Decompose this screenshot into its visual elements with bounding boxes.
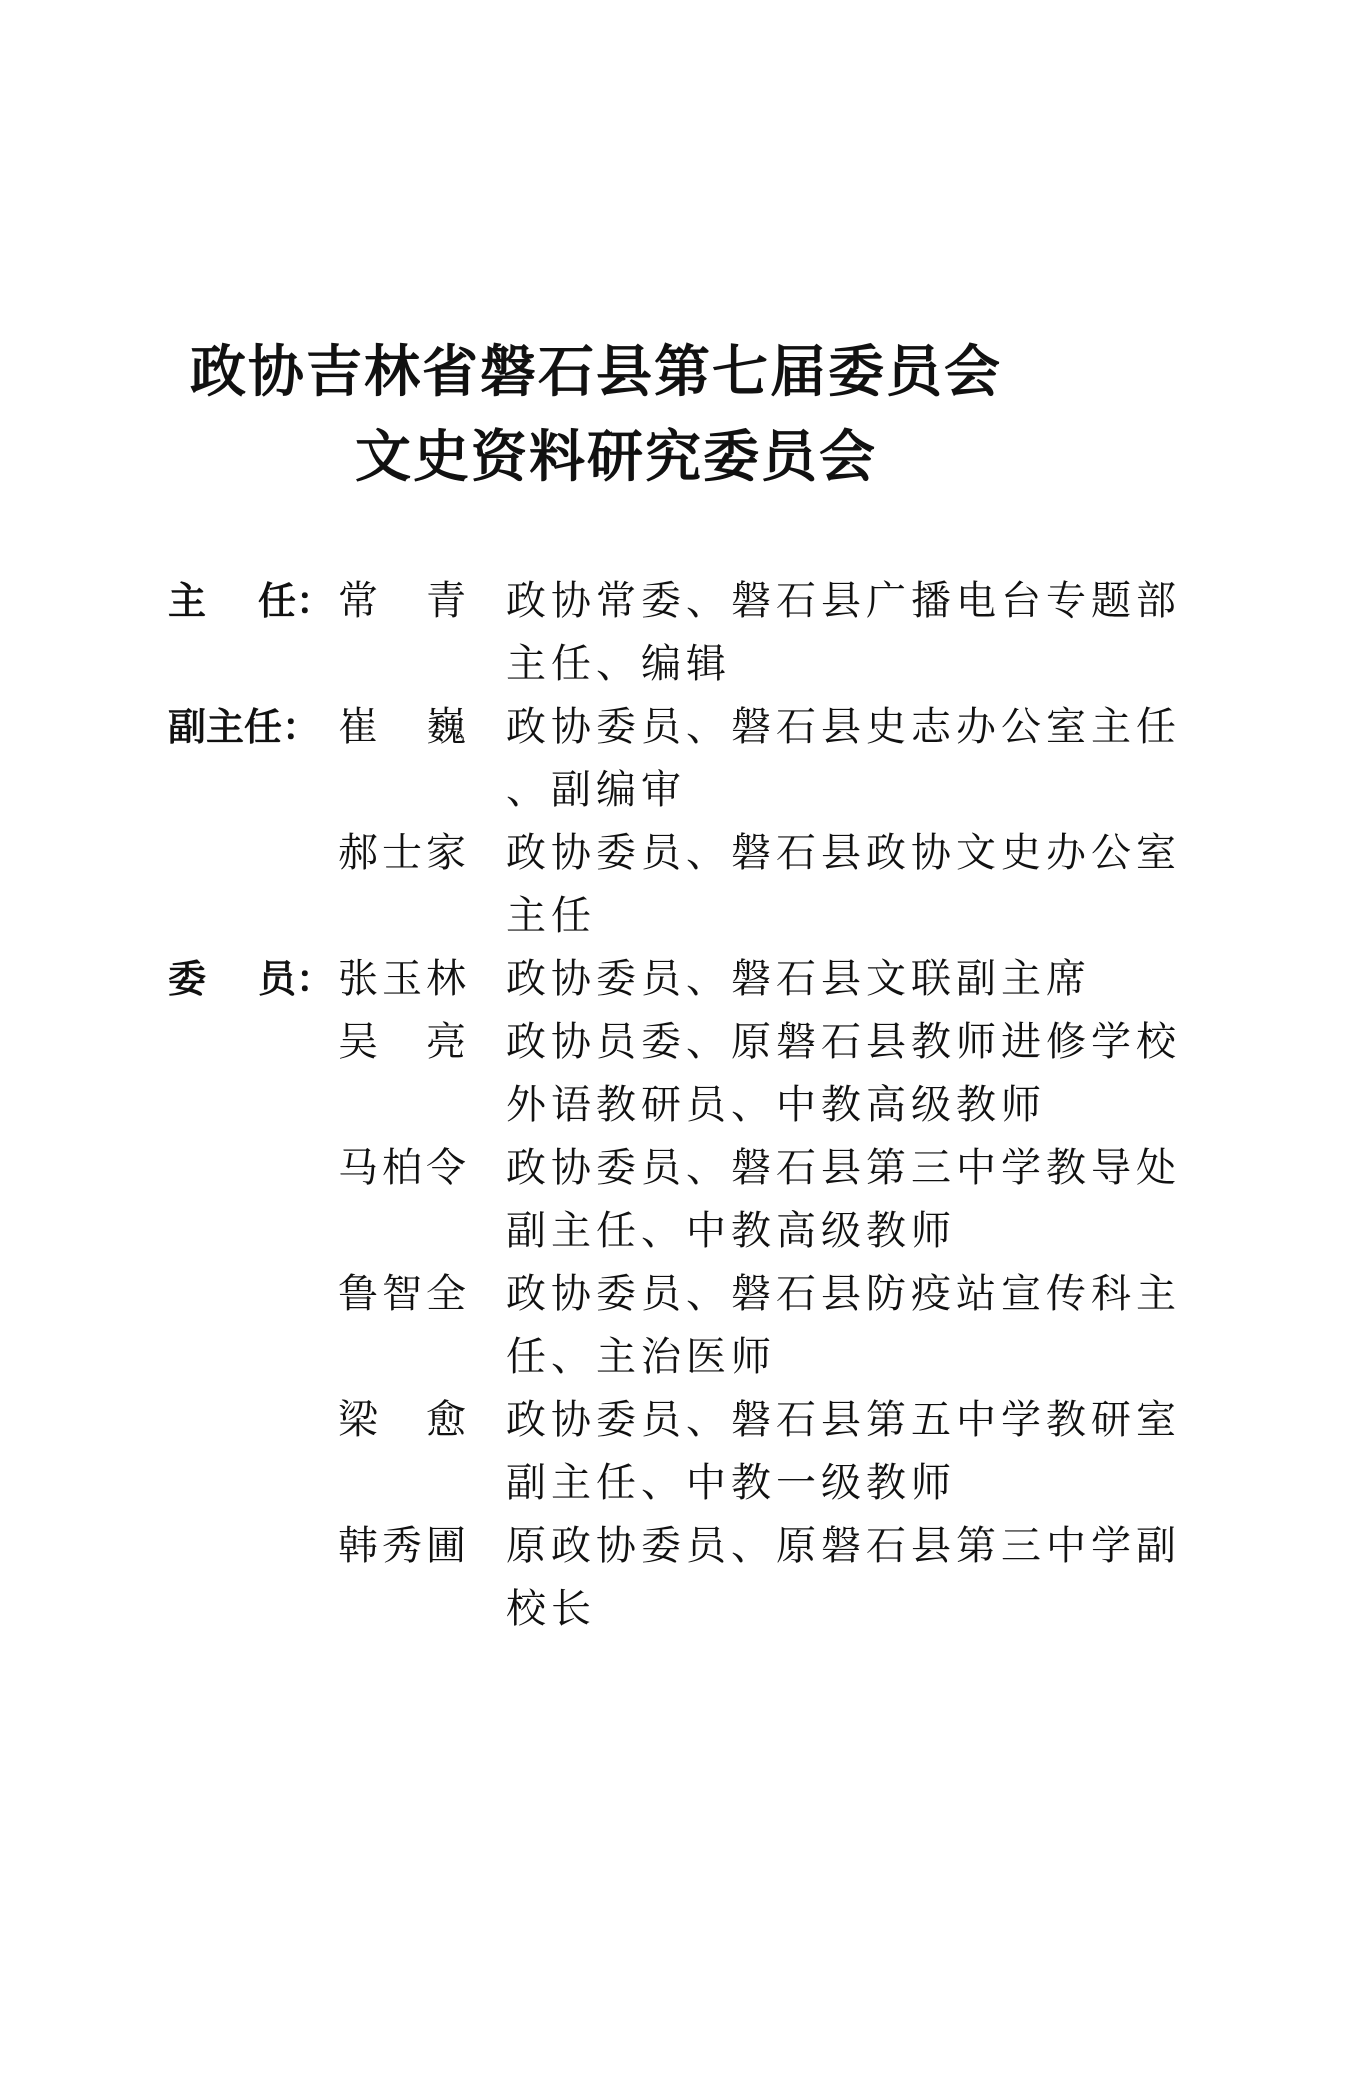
member-name: 鲁 智 全 <box>338 1263 466 1326</box>
name-char: 林 <box>426 948 466 1011</box>
role-char: 员： <box>258 948 334 1011</box>
member-description: 原政协委员、原磐石县第三中学副校长 <box>506 1515 1186 1641</box>
member-name: 崔 巍 <box>338 696 466 759</box>
roster-row: 吴 亮 政协员委、原磐石县教师进修学校外语教研员、中教高级教师 <box>0 1011 1370 1137</box>
member-name: 吴 亮 <box>338 1011 466 1074</box>
member-name: 韩 秀 圃 <box>338 1515 466 1578</box>
roster-row: 主 任： 常 青 政协常委、磐石县广播电台专题部主任、编辑 <box>0 570 1370 696</box>
name-char: 士 <box>382 822 422 885</box>
member-description: 政协委员、磐石县史志办公室主任、副编审 <box>506 696 1186 822</box>
member-name: 梁 愈 <box>338 1389 466 1452</box>
roster-row: 梁 愈 政协委员、磐石县第五中学教研室副主任、中教一级教师 <box>0 1389 1370 1515</box>
member-name: 郝 士 家 <box>338 822 466 885</box>
name-char: 圃 <box>426 1515 466 1578</box>
name-char: 郝 <box>338 822 378 885</box>
name-char: 韩 <box>338 1515 378 1578</box>
member-description: 政协委员、磐石县政协文史办公室主任 <box>506 822 1186 948</box>
name-char: 令 <box>426 1137 466 1200</box>
roster-row: 郝 士 家 政协委员、磐石县政协文史办公室主任 <box>0 822 1370 948</box>
role-char: 委 <box>168 948 206 1011</box>
role-label: 主 任： <box>168 570 338 633</box>
name-char: 智 <box>382 1263 422 1326</box>
name-char: 马 <box>338 1137 378 1200</box>
role-char: 任： <box>258 570 334 633</box>
member-description: 政协员委、原磐石县教师进修学校外语教研员、中教高级教师 <box>506 1011 1186 1137</box>
name-char: 青 <box>426 570 466 633</box>
member-description: 政协委员、磐石县第五中学教研室副主任、中教一级教师 <box>506 1389 1186 1515</box>
document-page: 政协吉林省磐石县第七届委员会 文史资料研究委员会 主 任： 常 青 政协常委、磐… <box>0 0 1370 2096</box>
role-char: 副主任： <box>168 696 320 759</box>
role-label: 副主任： <box>168 696 338 759</box>
role-label: 委 员： <box>168 948 338 1011</box>
name-char: 家 <box>426 822 466 885</box>
name-char: 玉 <box>382 948 422 1011</box>
document-title-line-1: 政协吉林省磐石县第七届委员会 <box>190 340 1370 404</box>
member-description: 政协委员、磐石县第三中学教导处副主任、中教高级教师 <box>506 1137 1186 1263</box>
name-char: 巍 <box>426 696 466 759</box>
roster-row: 副主任： 崔 巍 政协委员、磐石县史志办公室主任、副编审 <box>0 696 1370 822</box>
name-char: 常 <box>338 570 378 633</box>
name-char: 张 <box>338 948 378 1011</box>
name-char: 崔 <box>338 696 378 759</box>
member-name: 张 玉 林 <box>338 948 466 1011</box>
name-char: 亮 <box>426 1011 466 1074</box>
name-char: 梁 <box>338 1389 378 1452</box>
roster-row: 委 员： 张 玉 林 政协委员、磐石县文联副主席 <box>0 948 1370 1011</box>
committee-roster: 主 任： 常 青 政协常委、磐石县广播电台专题部主任、编辑 副主任： 崔 巍 政… <box>0 570 1370 1641</box>
roster-row: 鲁 智 全 政协委员、磐石县防疫站宣传科主任、主治医师 <box>0 1263 1370 1389</box>
roster-row: 马 柏 令 政协委员、磐石县第三中学教导处副主任、中教高级教师 <box>0 1137 1370 1263</box>
member-description: 政协委员、磐石县文联副主席 <box>506 948 1186 1011</box>
role-char: 主 <box>168 570 206 633</box>
member-description: 政协委员、磐石县防疫站宣传科主任、主治医师 <box>506 1263 1186 1389</box>
name-char: 吴 <box>338 1011 378 1074</box>
name-char: 鲁 <box>338 1263 378 1326</box>
member-name: 常 青 <box>338 570 466 633</box>
name-char: 秀 <box>382 1515 422 1578</box>
name-char: 愈 <box>426 1389 466 1452</box>
member-name: 马 柏 令 <box>338 1137 466 1200</box>
name-char: 全 <box>426 1263 466 1326</box>
roster-row: 韩 秀 圃 原政协委员、原磐石县第三中学副校长 <box>0 1515 1370 1641</box>
name-char: 柏 <box>382 1137 422 1200</box>
member-description: 政协常委、磐石县广播电台专题部主任、编辑 <box>506 570 1186 696</box>
document-title-line-2: 文史资料研究委员会 <box>355 425 1370 489</box>
